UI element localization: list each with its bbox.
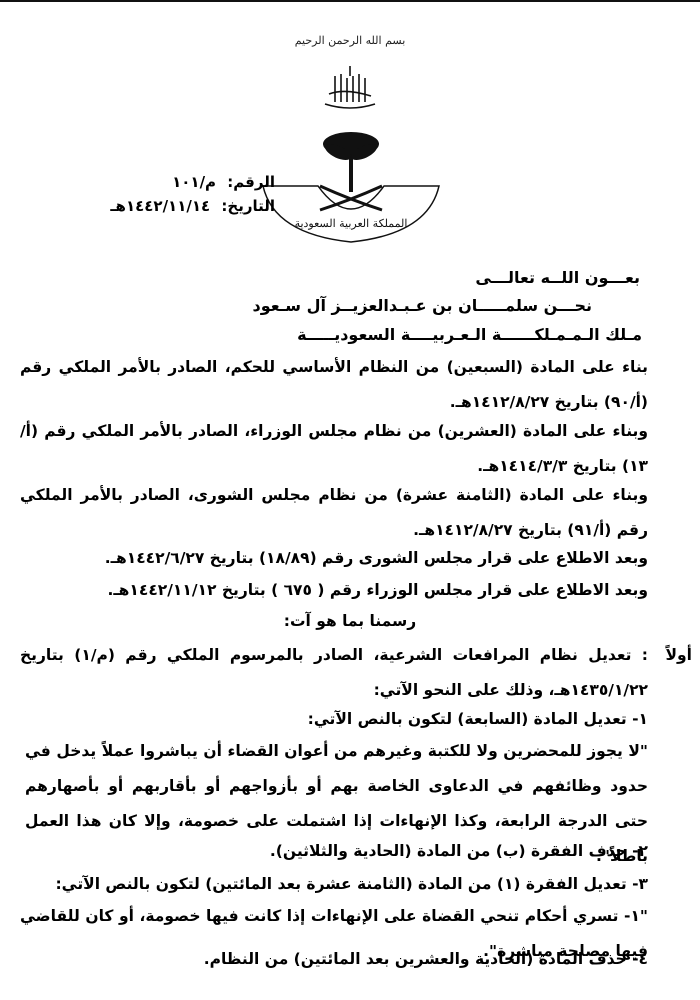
reference-date-row: التاريخ: ١٤٤٢/١١/١٤هـ [95, 194, 275, 218]
preamble-shura-council-law: وبناء على المادة (الثامنة عشرة) من نظام … [20, 478, 648, 548]
article-first-label: أولاً [652, 638, 692, 673]
item-2-heading: ٢- حذف الفقرة (ب) من المادة (الحادية وال… [20, 834, 648, 869]
saudi-emblem-icon: المملكة العربية السعودية [258, 122, 444, 244]
basmala: بسم الله الرحمن الرحيم [250, 34, 450, 47]
reference-number-row: الرقم: م/١٠١ [95, 170, 275, 194]
reference-date-label: التاريخ: [221, 197, 275, 215]
preamble-council-of-ministers-law: وبناء على المادة (العشرين) من نظام مجلس … [20, 414, 648, 484]
decree-intro: رسمنا بما هو آت: [0, 604, 700, 639]
scan-top-border [0, 0, 700, 2]
opening-king-title: مـلك الـمـمـلكــــــة الـعـربيــــة السع… [297, 325, 642, 344]
preamble-basic-law: بناء على المادة (السبعين) من النظام الأس… [20, 350, 648, 420]
reference-date-value: ١٤٤٢/١١/١٤هـ [110, 197, 210, 215]
shahada-calligraphy-icon [315, 64, 385, 114]
item-4-heading: ٤- حذف المادة (الحادية والعشرين بعد الما… [20, 942, 648, 977]
item-3-heading: ٣- تعديل الفقرة (١) من المادة (الثامنة ع… [20, 867, 648, 902]
emblem-text: المملكة العربية السعودية [295, 217, 408, 230]
article-first-text: : تعديل نظام المرافعات الشرعية، الصادر ب… [20, 638, 648, 708]
opening-invocation: بعـــون اللــه تعالـــى [475, 268, 640, 287]
opening-king-name: نحـــن سلمـــــان بن عـبـدالعزيــز آل سـ… [253, 296, 592, 315]
preamble-shura-resolution: وبعد الاطلاع على قرار مجلس الشورى رقم (١… [20, 541, 648, 576]
reference-block: الرقم: م/١٠١ التاريخ: ١٤٤٢/١١/١٤هـ [95, 170, 275, 218]
reference-number-label: الرقم: [227, 173, 275, 191]
preamble-cabinet-resolution: وبعد الاطلاع على قرار مجلس الوزراء رقم (… [20, 573, 648, 608]
item-1-heading: ١- تعديل المادة (السابعة) لتكون بالنص ال… [20, 702, 648, 737]
reference-number-value: م/١٠١ [172, 173, 216, 191]
